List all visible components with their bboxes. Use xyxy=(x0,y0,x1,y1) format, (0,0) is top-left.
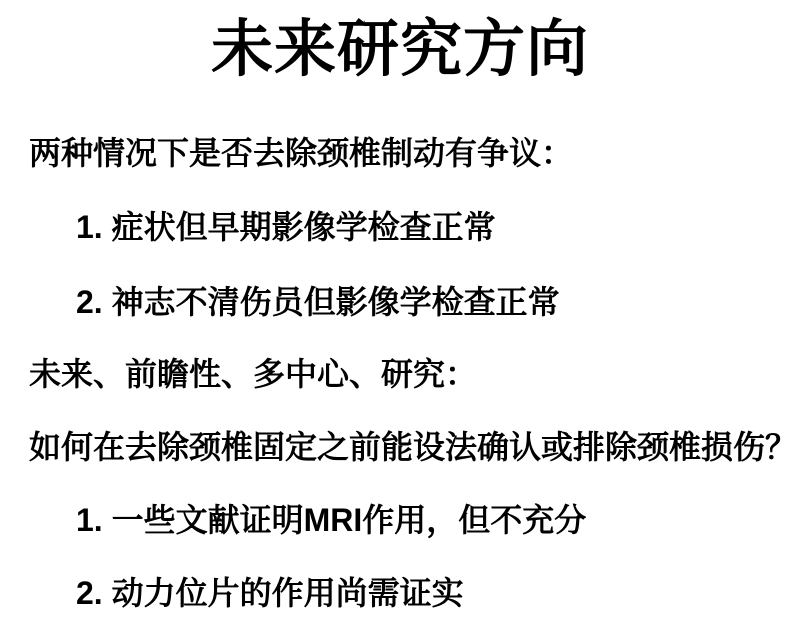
body-line-controversy-heading: 两种情况下是否去除颈椎制动有争议： xyxy=(29,136,573,171)
body-line-item-2-dynamic-films: 2. 动力位片的作用尚需证实 xyxy=(76,576,464,611)
body-line-future-study-heading: 未来、前瞻性、多中心、研究： xyxy=(29,357,477,392)
body-line-item-1-symptomatic-normal-imaging: 1. 症状但早期影像学检查正常 xyxy=(76,210,496,245)
slide-title: 未来研究方向 xyxy=(0,14,800,85)
body-line-question-confirm-exclude-injury: 如何在去除颈椎固定之前能设法确认或排除颈椎损伤？ xyxy=(29,430,797,465)
presentation-slide: 未来研究方向 两种情况下是否去除颈椎制动有争议： 1. 症状但早期影像学检查正常… xyxy=(0,0,800,631)
body-line-item-2-unconscious-normal-imaging: 2. 神志不清伤员但影像学检查正常 xyxy=(76,285,560,320)
body-line-item-1-mri-evidence: 1. 一些文献证明MRI作用，但不充分 xyxy=(76,503,586,538)
